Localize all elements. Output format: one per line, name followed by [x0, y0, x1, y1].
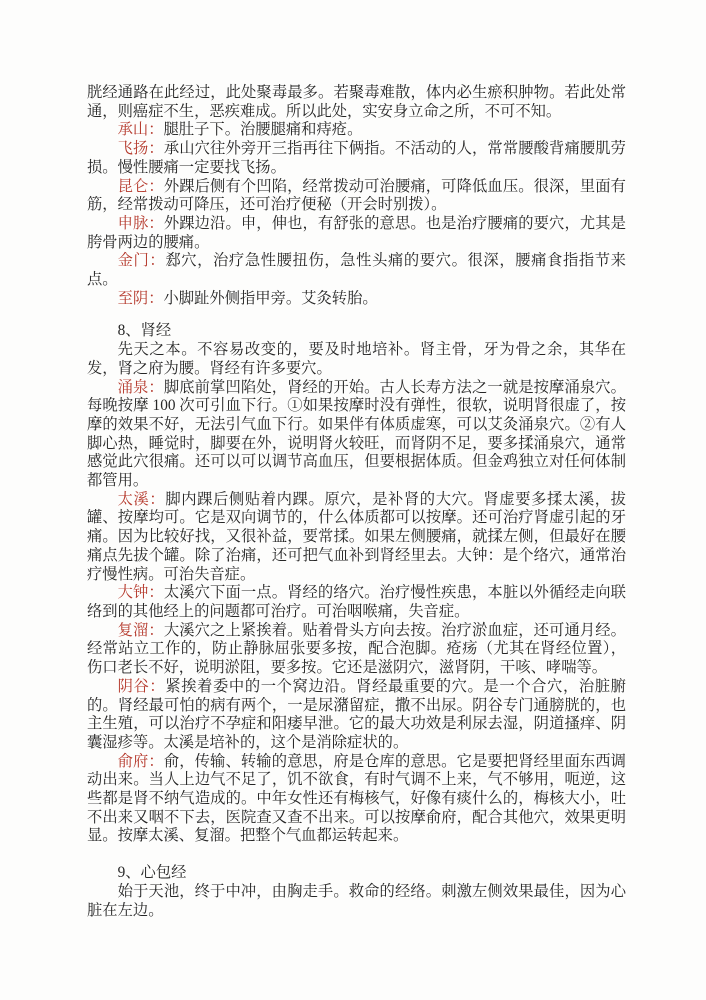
point-kunlun: 昆仑：外踝后侧有个凹陷，经常拨动可治腰痛，可降低血压。很深，里面有筋，经常拨动可… [87, 178, 626, 215]
point-zhiyin: 至阴：小脚趾外侧指甲旁。艾灸转胎。 [87, 290, 626, 309]
paragraph-bladder-continuation: 胱经通路在此经过，此处聚毒最多。若聚毒难散，体内必生瘀积肿物。若此处常通，则癌症… [87, 84, 626, 121]
acupoint-text-fuliu: 大溪穴之上紧挨着。贴着骨头方向去按。治疗淤血症，还可通月经。经常站立工作的，防止… [87, 622, 626, 676]
acupoint-text-shufu: 俞，传输、转输的意思，府是仓库的意思。它是要把肾经里面东西调动出来。当人上边气不… [87, 753, 626, 845]
heading-pericardium-meridian: 9、心包经 [87, 864, 626, 883]
document-page: 胱经通路在此经过，此处聚毒最多。若聚毒难散，体内必生瘀积肿物。若此处常通，则癌症… [0, 0, 706, 1000]
point-yingu: 阴谷：紧挨着委中的一个窝边沿。肾经最重要的穴。是一个合穴，治脏腑的。肾经最可怕的… [87, 678, 626, 753]
acupoint-text-chengshan: 腿肚子下。治腰腿痛和痔疮。 [164, 121, 363, 138]
point-jinmen: 金门：郄穴，治疗急性腰扭伤，急性头痛的要穴。很深，腰痛食指指节来点。 [87, 252, 626, 289]
acupoint-text-taixi: 脚内踝后侧贴着内踝。原穴，是补肾的大穴。肾虚要多揉太溪，拔罐、按摩均可。它是双向… [87, 491, 626, 583]
acupoint-text-kunlun: 外踝后侧有个凹陷，经常拨动可治腰痛，可降低血压。很深，里面有筋，经常拨动可降压，… [87, 178, 626, 214]
acupoint-label-feiyang: 飞扬： [118, 140, 164, 157]
heading-kidney-meridian: 8、肾经 [87, 322, 626, 341]
acupoint-label-dazhong: 大钟： [118, 584, 164, 601]
acupoint-text-yingu: 紧挨着委中的一个窝边沿。肾经最重要的穴。是一个合穴，治脏腑的。肾经最可怕的病有两… [87, 678, 626, 751]
paragraph-pericardium-intro: 始于天池，终于中冲，由胸走手。救命的经络。刺激左侧效果最佳，因为心脏在左边。 [87, 883, 626, 920]
acupoint-label-taixi: 太溪： [118, 491, 166, 508]
point-shenmai: 申脉：外踝边沿。申，伸也，有舒张的意思。也是治疗腰痛的要穴，尤其是胯骨两边的腰痛… [87, 215, 626, 252]
point-fuliu: 复溜：大溪穴之上紧挨着。贴着骨头方向去按。治疗淤血症，还可通月经。经常站立工作的… [87, 622, 626, 678]
acupoint-text-dazhong: 太溪穴下面一点。肾经的络穴。治疗慢性疾患，本脏以外循经走向联络到的其他经上的问题… [87, 584, 626, 620]
acupoint-label-yingu: 阴谷： [118, 678, 166, 695]
acupoint-label-jinmen: 金门： [118, 252, 166, 269]
acupoint-text-feiyang: 承山穴往外旁开三指再往下俩指。不活动的人，常常腰酸背痛腰肌劳损。慢性腰痛一定要找… [87, 140, 626, 176]
point-chengshan: 承山：腿肚子下。治腰腿痛和痔疮。 [87, 121, 626, 140]
acupoint-label-kunlun: 昆仑： [118, 178, 164, 195]
point-feiyang: 飞扬：承山穴往外旁开三指再往下俩指。不活动的人，常常腰酸背痛腰肌劳损。慢性腰痛一… [87, 140, 626, 177]
paragraph-kidney-intro: 先天之本。不容易改变的，要及时地培补。肾主骨，牙为骨之余，其华在发，肾之府为腰。… [87, 341, 626, 378]
acupoint-label-shenmai: 申脉： [118, 215, 164, 232]
acupoint-text-shenmai: 外踝边沿。申，伸也，有舒张的意思。也是治疗腰痛的要穴，尤其是胯骨两边的腰痛。 [87, 215, 626, 251]
point-yongquan: 涌泉：脚底前掌凹陷处，肾经的开始。古人长寿方法之一就是按摩涌泉穴。每晚按摩 10… [87, 379, 626, 491]
acupoint-text-jinmen: 郄穴，治疗急性腰扭伤，急性头痛的要穴。很深，腰痛食指指节来点。 [87, 252, 626, 288]
acupoint-text-yongquan: 脚底前掌凹陷处，肾经的开始。古人长寿方法之一就是按摩涌泉穴。每晚按摩 100 次… [87, 379, 626, 490]
acupoint-label-chengshan: 承山： [118, 121, 164, 138]
point-taixi: 太溪：脚内踝后侧贴着内踝。原穴，是补肾的大穴。肾虚要多揉太溪，拔罐、按摩均可。它… [87, 491, 626, 585]
point-dazhong: 大钟：太溪穴下面一点。肾经的络穴。治疗慢性疾患，本脏以外循经走向联络到的其他经上… [87, 584, 626, 621]
acupoint-label-zhiyin: 至阴： [118, 290, 164, 307]
acupoint-label-shufu: 俞府： [118, 753, 164, 770]
point-shufu: 俞府：俞，传输、转输的意思，府是仓库的意思。它是要把肾经里面东西调动出来。当人上… [87, 753, 626, 847]
acupoint-label-fuliu: 复溜： [118, 622, 164, 639]
acupoint-text-zhiyin: 小脚趾外侧指甲旁。艾灸转胎。 [164, 290, 378, 307]
acupoint-label-yongquan: 涌泉： [118, 379, 164, 396]
